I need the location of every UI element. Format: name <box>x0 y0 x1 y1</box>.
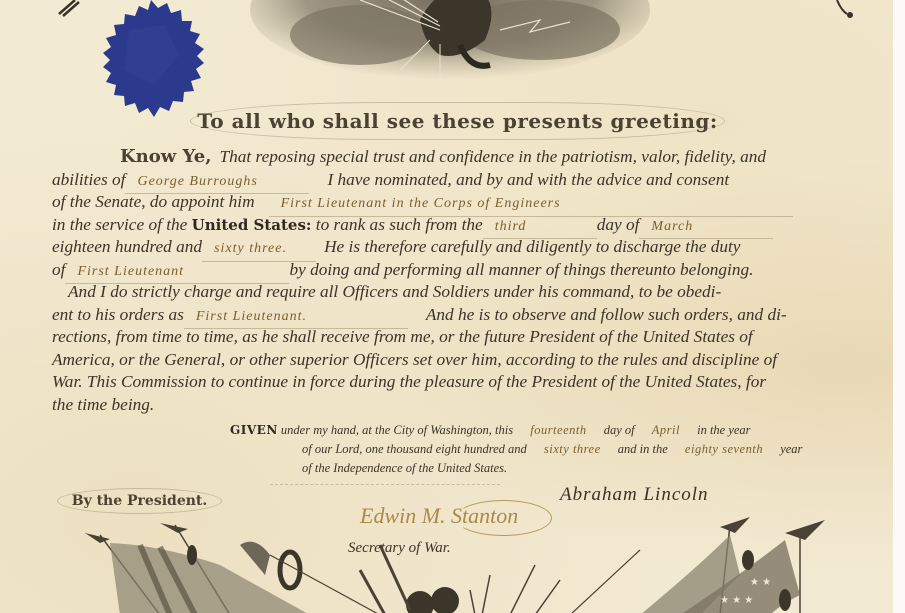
body-text: of <box>52 259 65 282</box>
given-month-field: April <box>638 423 694 437</box>
body-line-2: abilities of George Burroughs I have nom… <box>52 169 852 192</box>
independence-year-field: eighty seventh <box>671 442 777 456</box>
body-text: of the Senate, do appoint him <box>52 191 255 214</box>
engraved-lettering-fragment <box>55 0 85 18</box>
given-text: and in the <box>618 442 668 456</box>
body-line-9: rections, from time to time, as he shall… <box>52 326 852 349</box>
given-line-3: of the Independence of the United States… <box>230 459 850 478</box>
body-text: And I do strictly charge and require all… <box>68 281 721 304</box>
body-text: eighteen hundred and <box>52 236 202 259</box>
body-text: That reposing special trust and confiden… <box>220 146 767 169</box>
body-text: ent to his orders as <box>52 304 184 327</box>
body-line-3: of the Senate, do appoint him First Lieu… <box>52 191 852 214</box>
body-text: He is therefore carefully and diligently… <box>324 236 740 259</box>
body-line-5: eighteen hundred and sixty three. He is … <box>52 236 852 259</box>
military-trophies-engraving: ★ ★ ★ ★ ★ <box>80 515 870 613</box>
body-text: War. This Commission to continue in forc… <box>52 371 766 394</box>
given-line-1: GIVEN under my hand, at the City of Wash… <box>230 421 850 440</box>
know-ye-heading: Know Ye, <box>120 146 212 169</box>
body-text: And he is to observe and follow such ord… <box>426 304 787 327</box>
given-text: in the year <box>697 423 750 437</box>
body-line-11: War. This Commission to continue in forc… <box>52 371 852 394</box>
body-text: in the service of the <box>52 214 187 237</box>
given-text: under my hand, at the City of Washington… <box>281 423 513 437</box>
heading-flourish <box>57 488 222 514</box>
scan-margin <box>893 0 905 613</box>
body-line-1: Know Ye, That reposing special trust and… <box>52 146 852 169</box>
given-day-field: fourteenth <box>516 423 600 437</box>
body-text: I have nominated, and by and with the ad… <box>327 169 729 192</box>
body-line-6: of First Lieutenant by doing and perform… <box>52 259 852 282</box>
body-text: America, or the General, or other superi… <box>52 349 777 372</box>
faded-rule <box>270 484 500 485</box>
greeting-flourish <box>190 102 725 140</box>
body-line-7: And I do strictly charge and require all… <box>52 281 852 304</box>
body-text: to rank as such from the <box>316 214 483 237</box>
by-the-president-heading: By the President. <box>57 488 222 514</box>
given-text: year <box>780 442 802 456</box>
united-states-text: United States: <box>192 214 312 237</box>
commission-document: To all who shall see these presents gree… <box>0 0 893 613</box>
eagle-vignette-engraving <box>240 0 660 80</box>
body-text: rections, from time to time, as he shall… <box>52 326 753 349</box>
engraved-flourish-fragment <box>835 0 857 20</box>
given-clause: GIVEN under my hand, at the City of Wash… <box>230 421 850 478</box>
body-line-8: ent to his orders as First Lieutenant. A… <box>52 304 852 327</box>
greeting-heading: To all who shall see these presents gree… <box>190 98 725 144</box>
body-line-4: in the service of the United States: to … <box>52 214 852 237</box>
president-signature: Abraham Lincoln <box>560 484 709 506</box>
body-text: day of <box>597 214 640 237</box>
given-label: GIVEN <box>230 423 278 437</box>
given-year-field: sixty three <box>530 442 615 456</box>
given-text: of our Lord, one thousand eight hundred … <box>302 442 527 456</box>
body-text: abilities of <box>52 169 125 192</box>
body-text: the time being. <box>52 394 154 417</box>
body-text: by doing and performing all manner of th… <box>289 259 753 282</box>
given-line-2: of our Lord, one thousand eight hundred … <box>230 440 850 459</box>
commission-body: Know Ye, That reposing special trust and… <box>52 146 852 416</box>
body-line-12: the time being. <box>52 394 852 417</box>
svg-text:★ ★ ★: ★ ★ ★ <box>720 595 753 606</box>
svg-text:★ ★: ★ ★ <box>750 577 771 588</box>
body-line-10: America, or the General, or other superi… <box>52 349 852 372</box>
given-text: day of <box>604 423 635 437</box>
given-text: of the Independence of the United States… <box>302 461 507 475</box>
